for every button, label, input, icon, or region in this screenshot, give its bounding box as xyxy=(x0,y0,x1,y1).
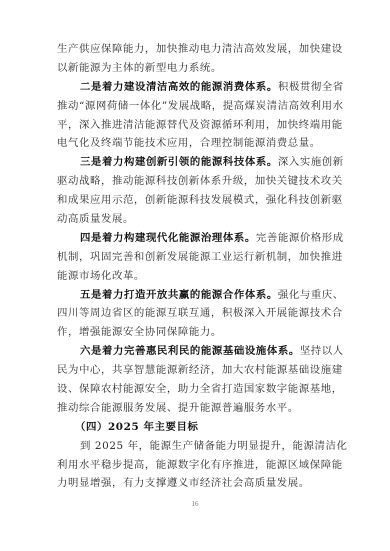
text-line: 平，深入推进清洁能源替代及资源循环利用，加快终端用能 xyxy=(57,116,335,135)
text-line: 动高质量发展。 xyxy=(57,210,335,229)
text-line: 机制，巩固完善和创新发展能源工业运行新机制，加快推进 xyxy=(57,248,335,267)
section-heading: （四）2025 年主要目标 xyxy=(57,418,335,437)
paragraph-lead: 二是着力建设清洁高效的能源消费体系。 xyxy=(80,81,278,93)
text-line: 利用水平稳步提高，能源数字化有序推进，能源区域保障能 xyxy=(57,456,335,475)
text-span: 坚持以人 xyxy=(300,345,344,357)
document-body: 生产供应保障能力，加快推动电力清洁高效发展，加快建设 以新能源为主体的新型电力系… xyxy=(57,40,335,493)
text-line: 能源市场化改革。 xyxy=(57,267,335,286)
paragraph-cooperation-system: 五是着力打造开放共赢的能源合作体系。强化与重庆、 xyxy=(57,286,335,305)
text-line: 和成果应用示范，创新能源科技发展模式，强化科技创新驱 xyxy=(57,191,335,210)
paragraph-infrastructure-system: 六是着力完善惠民利民的能源基础设施体系。坚持以人 xyxy=(57,342,335,361)
text-span: 完善能源价格形成 xyxy=(256,232,344,244)
paragraph-lead: 四是着力构建现代化能源治理体系。 xyxy=(80,232,256,244)
text-line: 生产供应保障能力，加快推动电力清洁高效发展，加快建设 xyxy=(57,40,335,59)
text-line: 民为中心，共享智慧能源新经济，加大农村能源基础设施建 xyxy=(57,361,335,380)
text-line: 作，增强能源安全协同保障能力。 xyxy=(57,323,335,342)
paragraph-lead: 五是着力打造开放共赢的能源合作体系。 xyxy=(80,289,278,301)
text-line: 驱动战略，推动能源科技创新体系升级，加快关键技术攻关 xyxy=(57,172,335,191)
paragraph-consumption-system: 二是着力建设清洁高效的能源消费体系。积极贯彻全省 xyxy=(57,78,335,97)
text-span: 深入实施创新 xyxy=(278,156,344,168)
paragraph-governance-system: 四是着力构建现代化能源治理体系。完善能源价格形成 xyxy=(57,229,335,248)
text-span: 强化与重庆、 xyxy=(278,289,344,301)
text-line: 以新能源为主体的新型电力系统。 xyxy=(57,59,335,78)
text-line: 推动“源网荷储一体化”发展战略，提高煤炭清洁高效利用水 xyxy=(57,97,335,116)
text-line: 力明显增强，有力支撑遵义市经济社会高质量发展。 xyxy=(57,474,335,493)
text-span: 积极贯彻全省 xyxy=(278,81,344,93)
text-line: 电气化及终端节能技术应用，合理控制能源消费总量。 xyxy=(57,134,335,153)
document-page: 生产供应保障能力，加快推动电力清洁高效发展，加快建设 以新能源为主体的新型电力系… xyxy=(0,0,390,551)
paragraph-2025-goals: 到 2025 年，能源生产储备能力明显提升，能源清洁化 xyxy=(57,437,335,456)
text-line: 设、保障农村能源安全，助力全省打造国家数字能源基地， xyxy=(57,380,335,399)
paragraph-technology-system: 三是着力构建创新引领的能源科技体系。深入实施创新 xyxy=(57,153,335,172)
paragraph-lead: 六是着力完善惠民利民的能源基础设施体系。 xyxy=(80,345,300,357)
text-line: 推动综合能源服务发展、提升能源普遍服务水平。 xyxy=(57,399,335,418)
paragraph-lead: 三是着力构建创新引领的能源科技体系。 xyxy=(80,156,278,168)
text-line: 四川等周边省区的能源互联互通，积极深入开展能源技术合 xyxy=(57,304,335,323)
page-number: 16 xyxy=(0,500,390,508)
